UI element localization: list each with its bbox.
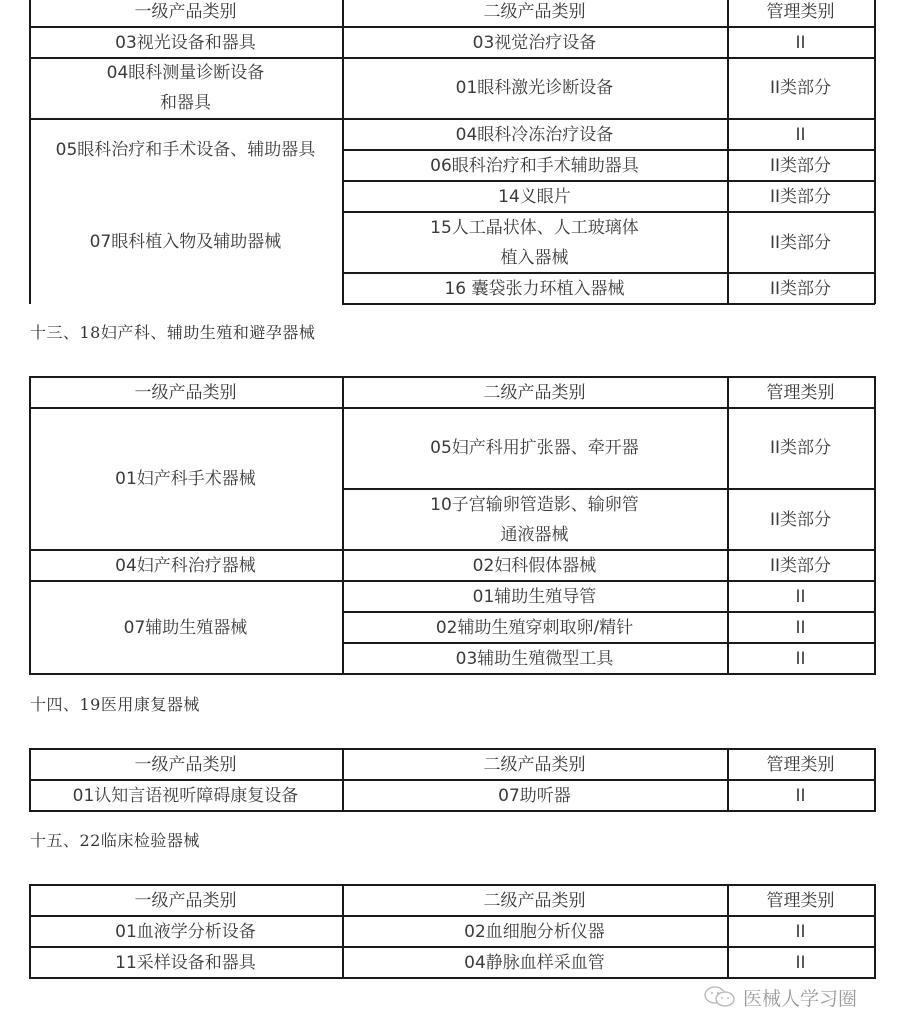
mgmt-cell: II类部分 <box>727 150 874 181</box>
table-border <box>874 0 876 304</box>
mgmt-cell: II <box>727 780 874 811</box>
section-heading: 十四、19医用康复器械 <box>30 692 200 715</box>
level2-cell-line: 10子宫输卵管造影、输卵管 <box>430 490 639 520</box>
level1-cell: 04眼科测量诊断设备 和器具 <box>29 58 342 118</box>
level2-cell: 03视觉治疗设备 <box>342 27 727 58</box>
level2-cell: 01眼科激光诊断设备 <box>342 58 727 118</box>
table-border <box>874 376 876 675</box>
mgmt-cell: II类部分 <box>727 273 874 304</box>
column-header-level2: 二级产品类别 <box>342 885 727 916</box>
column-header-level1: 一级产品类别 <box>29 0 342 27</box>
level2-cell: 03辅助生殖微型工具 <box>342 643 727 674</box>
table-clinical-lab: 一级产品类别 二级产品类别 管理类别 01血液学分析设备 02血细胞分析仪器 I… <box>29 884 875 979</box>
level1-cell: 04妇产科治疗器械 <box>29 550 342 581</box>
mgmt-cell: II <box>727 27 874 58</box>
level1-cell: 01血液学分析设备 <box>29 916 342 947</box>
table-border <box>874 884 876 979</box>
level1-cell: 07辅助生殖器械 <box>29 581 342 674</box>
mgmt-cell: II <box>727 947 874 978</box>
table-obstetrics: 一级产品类别 二级产品类别 管理类别 01妇产科手术器械 05妇产科用扩张器、牵… <box>29 376 875 675</box>
table-rehabilitation: 一级产品类别 二级产品类别 管理类别 01认知言语视听障碍康复设备 07助听器 … <box>29 748 875 812</box>
mgmt-cell: II类部分 <box>727 181 874 212</box>
mgmt-cell: II <box>727 119 874 150</box>
level2-cell: 05妇产科用扩张器、牵开器 <box>342 408 727 488</box>
level2-cell: 16 囊袋张力环植入器械 <box>342 273 727 304</box>
mgmt-cell: II类部分 <box>727 212 874 273</box>
column-header-level2: 二级产品类别 <box>342 0 727 27</box>
level2-cell-line: 植入器械 <box>501 243 569 273</box>
level1-cell: 03视光设备和器具 <box>29 27 342 58</box>
level2-cell: 07助听器 <box>342 780 727 811</box>
level2-cell: 04静脉血样采血管 <box>342 947 727 978</box>
mgmt-cell: II类部分 <box>727 489 874 550</box>
column-header-level2: 二级产品类别 <box>342 749 727 780</box>
level2-cell: 04眼科冷冻治疗设备 <box>342 119 727 150</box>
level2-cell: 10子宫输卵管造影、输卵管 通液器械 <box>342 489 727 550</box>
mgmt-cell: II类部分 <box>727 550 874 581</box>
level1-cell: 01妇产科手术器械 <box>29 408 342 549</box>
watermark: 医械人学习圈 <box>703 982 857 1012</box>
level1-cell-line: 和器具 <box>160 88 211 118</box>
level2-cell: 02妇科假体器械 <box>342 550 727 581</box>
column-header-mgmt: 管理类别 <box>727 377 874 408</box>
section-heading: 十三、18妇产科、辅助生殖和避孕器械 <box>30 320 315 343</box>
mgmt-cell: II <box>727 916 874 947</box>
column-header-level1: 一级产品类别 <box>29 749 342 780</box>
level1-cell: 07眼科植入物及辅助器械 <box>29 226 342 257</box>
level1-cell-line: 04眼科测量诊断设备 <box>107 58 265 88</box>
level1-cell: 05眼科治疗和手术设备、辅助器具 <box>29 134 342 165</box>
section-heading: 十五、22临床检验器械 <box>30 828 200 851</box>
mgmt-cell: II <box>727 643 874 674</box>
mgmt-cell: II类部分 <box>727 408 874 488</box>
column-header-level2: 二级产品类别 <box>342 377 727 408</box>
level2-cell: 02血细胞分析仪器 <box>342 916 727 947</box>
mgmt-cell: II <box>727 581 874 612</box>
level2-cell: 14义眼片 <box>342 181 727 212</box>
column-header-mgmt: 管理类别 <box>727 885 874 916</box>
level2-cell-line: 15人工晶状体、人工玻璃体 <box>430 213 639 243</box>
level2-cell: 01辅助生殖导管 <box>342 581 727 612</box>
level2-cell: 06眼科治疗和手术辅助器具 <box>342 150 727 181</box>
level1-cell: 11采样设备和器具 <box>29 947 342 978</box>
column-header-mgmt: 管理类别 <box>727 0 874 27</box>
level2-cell-line: 通液器械 <box>501 520 569 550</box>
level2-cell: 15人工晶状体、人工玻璃体 植入器械 <box>342 212 727 273</box>
mgmt-cell: II类部分 <box>727 58 874 118</box>
column-header-level1: 一级产品类别 <box>29 885 342 916</box>
column-header-mgmt: 管理类别 <box>727 749 874 780</box>
level1-cell: 01认知言语视听障碍康复设备 <box>29 780 342 811</box>
table-ophthalmic: 一级产品类别 二级产品类别 管理类别 03视光设备和器具 03视觉治疗设备 II… <box>29 0 875 304</box>
watermark-text: 医械人学习圈 <box>743 984 857 1011</box>
column-header-level1: 一级产品类别 <box>29 377 342 408</box>
wechat-icon <box>703 984 737 1010</box>
level2-cell: 02辅助生殖穿刺取卵/精针 <box>342 612 727 643</box>
mgmt-cell: II <box>727 612 874 643</box>
